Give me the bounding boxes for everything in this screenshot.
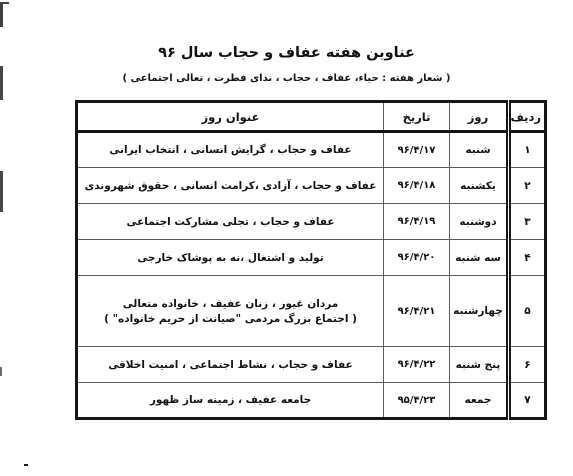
row-number-cell: ۳ — [509, 204, 546, 240]
page-title: عناوین هفته عفاف و حجاب سال ۹۶ — [0, 45, 573, 61]
row-number-cell: ۶ — [509, 347, 546, 383]
day-title-cell: مردان غیور ، زنان عفیف ، خانواده متعالی … — [77, 276, 384, 347]
row-number-cell: ۷ — [509, 383, 546, 419]
row-number-cell: ۴ — [509, 240, 546, 276]
day-title-line2: ( اجتماع بزرگ مردمی "صیانت از حریم خانوا… — [81, 313, 380, 325]
scanned-document-page: عناوین هفته عفاف و حجاب سال ۹۶ ( شعار هف… — [0, 0, 573, 476]
day-cell: یکشنبه — [450, 168, 509, 204]
day-title-cell: عفاف و حجاب ، تجلی مشارکت اجتماعی — [77, 204, 384, 240]
day-title-cell: تولید و اشتغال ،نه به پوشاک خارجی — [77, 240, 384, 276]
day-cell: دوشنبه — [450, 204, 509, 240]
date-cell: ۹۶/۴/۲۱ — [384, 276, 450, 347]
table-row: ۲ یکشنبه ۹۶/۴/۱۸ عفاف و حجاب ، آزادی ،کر… — [77, 168, 546, 204]
header-day-title: عنوان روز — [77, 102, 384, 132]
table-row: ۷ جمعه ۹۵/۴/۲۳ جامعه عفیف ، زمینه ساز ظه… — [77, 383, 546, 419]
table-row: ۵ چهارشنبه ۹۶/۴/۲۱ مردان غیور ، زنان عفی… — [77, 276, 546, 347]
page-subtitle: ( شعار هفته : حیاء، عفاف ، حجاب ، ندای ف… — [0, 73, 573, 84]
scan-artifact — [0, 2, 3, 27]
day-cell: پنج شنبه — [450, 347, 509, 383]
table-row: ۶ پنج شنبه ۹۶/۴/۲۲ عفاف و حجاب ، نشاط اج… — [77, 347, 546, 383]
row-number-cell: ۵ — [509, 276, 546, 347]
date-cell: ۹۶/۴/۱۸ — [384, 168, 450, 204]
day-cell: چهارشنبه — [450, 276, 509, 347]
day-cell: شنبه — [450, 132, 509, 168]
header-row-number: ردیف — [509, 102, 546, 132]
date-cell: ۹۶/۴/۲۲ — [384, 347, 450, 383]
day-title-cell: عفاف و حجاب ، نشاط اجتماعی ، امنیت اخلاق… — [77, 347, 384, 383]
scan-artifact — [0, 2, 9, 4]
day-title-line1: مردان غیور ، زنان عفیف ، خانواده متعالی — [81, 298, 380, 310]
scan-artifact — [0, 367, 2, 376]
header-date: تاریخ — [384, 102, 450, 132]
day-cell: سه شنبه — [450, 240, 509, 276]
day-title-cell: جامعه عفیف ، زمینه ساز ظهور — [77, 383, 384, 419]
day-title-cell: عفاف و حجاب ، آزادی ،کرامت انسانی ، حقوق… — [77, 168, 384, 204]
day-title-cell: عفاف و حجاب ، گرایش انسانی ، انتخاب ایرا… — [77, 132, 384, 168]
scan-artifact — [24, 464, 28, 466]
date-cell: ۹۵/۴/۲۳ — [384, 383, 450, 419]
row-number-cell: ۱ — [509, 132, 546, 168]
table-row: ۱ شنبه ۹۶/۴/۱۷ عفاف و حجاب ، گرایش انسان… — [77, 132, 546, 168]
table-header-row: ردیف روز تاریخ عنوان روز — [77, 102, 546, 132]
date-cell: ۹۶/۴/۱۹ — [384, 204, 450, 240]
table-row: ۳ دوشنبه ۹۶/۴/۱۹ عفاف و حجاب ، تجلی مشار… — [77, 204, 546, 240]
date-cell: ۹۶/۴/۱۷ — [384, 132, 450, 168]
scan-artifact — [0, 171, 3, 212]
date-cell: ۹۶/۴/۲۰ — [384, 240, 450, 276]
table-row: ۴ سه شنبه ۹۶/۴/۲۰ تولید و اشتغال ،نه به … — [77, 240, 546, 276]
hijab-week-table: ردیف روز تاریخ عنوان روز ۱ شنبه ۹۶/۴/۱۷ … — [75, 100, 547, 420]
header-day: روز — [450, 102, 509, 132]
day-cell: جمعه — [450, 383, 509, 419]
row-number-cell: ۲ — [509, 168, 546, 204]
